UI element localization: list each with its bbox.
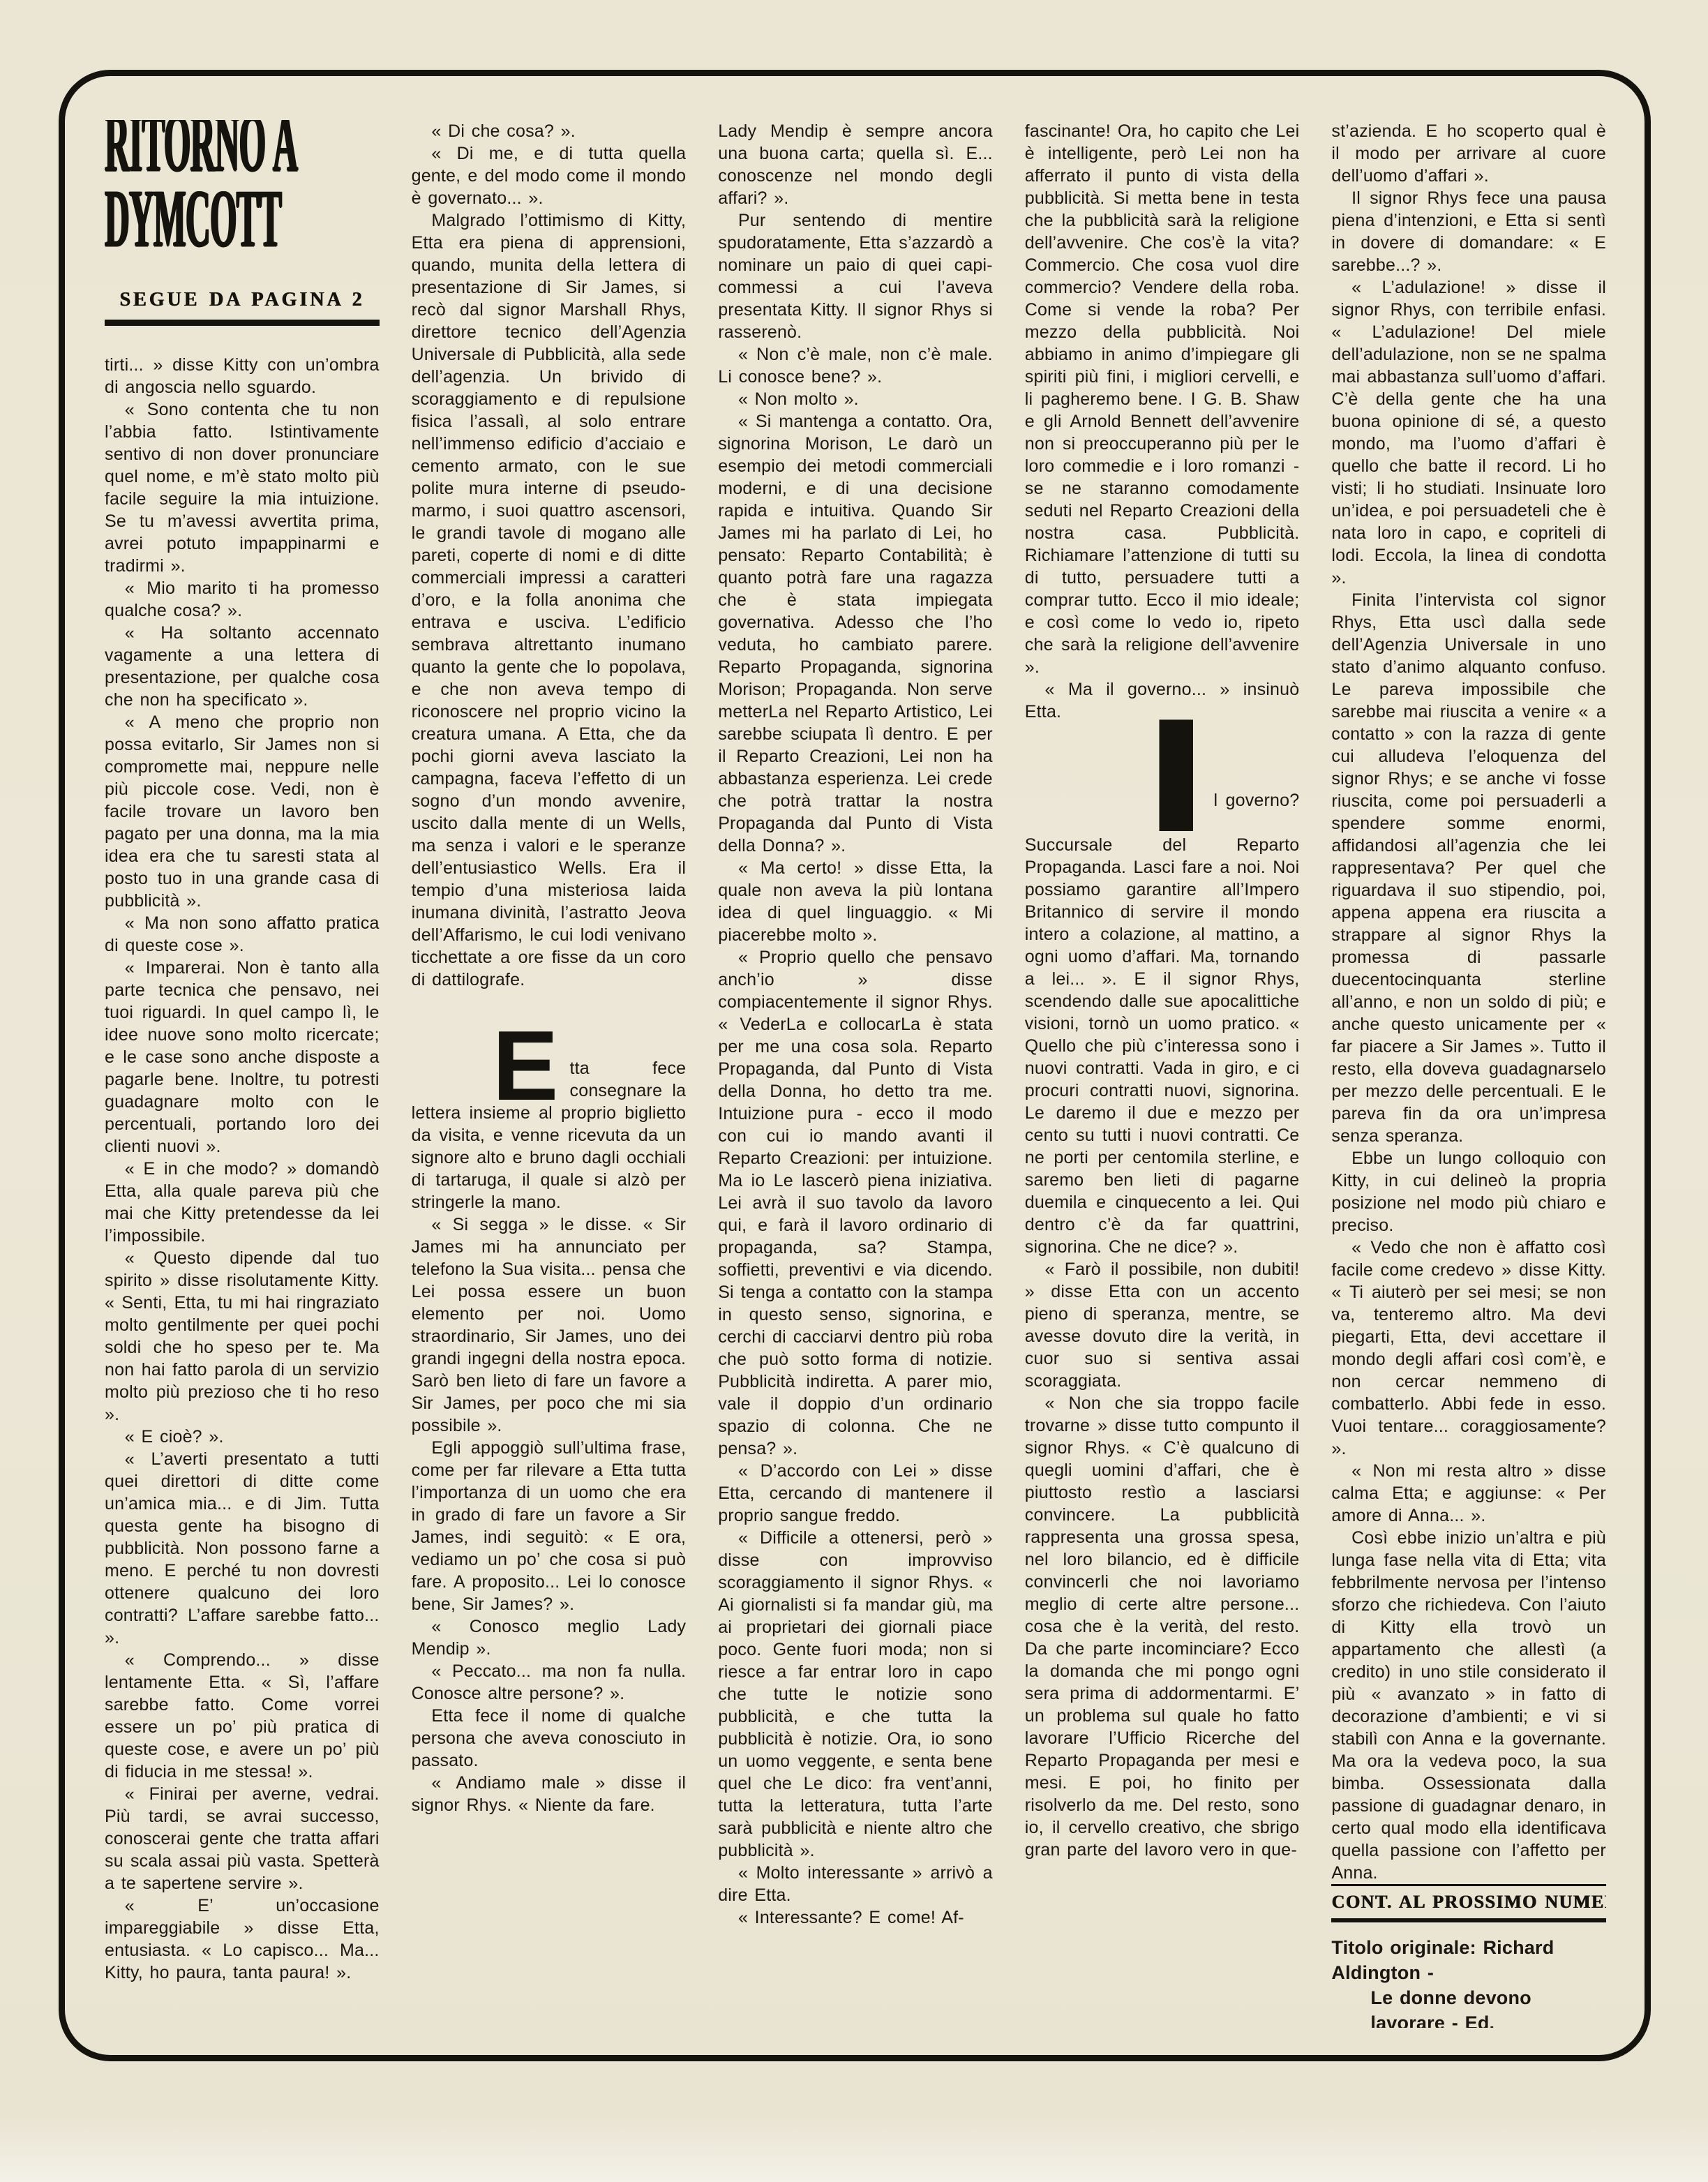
paragraph: Il governo? Succursale del Reparto Propa… (1025, 789, 1300, 1258)
original-title-credit: Titolo originale: Richard Aldington -Le … (1331, 1935, 1606, 2028)
paragraph: « Farò il possibile, non dubiti! » disse… (1025, 1258, 1300, 1392)
paragraph: « E in che modo? » domandò Etta, alla qu… (105, 1158, 380, 1247)
text-column-5: st’azienda. E ho scoperto qual è il modo… (1331, 120, 1606, 2028)
magazine-page: { "title": { "line1": "RITORNO A", "line… (0, 0, 1708, 2182)
paragraph: « Si segga » le disse. « Sir James mi ha… (412, 1213, 687, 1437)
article-title-line2: DYMCOTT (105, 200, 310, 334)
paragraph: « Mio marito ti ha promesso qualche cosa… (105, 577, 380, 622)
paragraph: « Si mantenga a contatto. Ora, signorina… (718, 410, 993, 857)
paragraph: « Non c’è male, non c’è male. Li conosce… (718, 343, 993, 388)
column-paragraphs: st’azienda. E ho scoperto qual è il modo… (1331, 120, 1606, 1884)
article-title: RITORNO A DYMCOTT (105, 124, 380, 275)
credit-line: Le donne devono lavorare - Ed. (1331, 1985, 1606, 2028)
drop-cap-i: I (1144, 789, 1189, 834)
paragraph: Egli appoggiò sull’ultima frase, come pe… (412, 1437, 687, 1615)
paragraph: Etta fece il nome di qualche persona che… (412, 1705, 687, 1772)
column-paragraphs: tirti... » disse Kitty con un’ombra di a… (105, 354, 380, 1984)
paragraph: « Sono contenta che tu non l’abbia fatto… (105, 398, 380, 577)
paragraph: « Di me, e di tutta quella gente, e del … (412, 142, 687, 209)
text-column-3: Lady Mendip è sempre ancora una buona ca… (718, 120, 993, 2028)
article-footer: CONT. AL PROSSIMO NUMERO Titolo original… (1331, 1884, 1606, 2028)
masthead: RITORNO A DYMCOTT SEGUE DA PAGINA 2 (105, 124, 380, 326)
drop-cap-e: E (493, 1057, 559, 1102)
continued-next-label: CONT. AL PROSSIMO NUMERO (1331, 1891, 1606, 1922)
paragraph: « Imparerai. Non è tanto alla parte tecn… (105, 957, 380, 1158)
paragraph: « E cioè? ». (105, 1426, 380, 1448)
text-column-4: fascinante! Ora, ho capito che Lei è int… (1025, 120, 1300, 2028)
paragraph: « Non molto ». (718, 388, 993, 410)
column-paragraphs: Lady Mendip è sempre ancora una buona ca… (718, 120, 993, 1929)
column-paragraphs: fascinante! Ora, ho capito che Lei è int… (1025, 120, 1300, 1861)
paragraph: « Andiamo male » disse il signor Rhys. «… (412, 1772, 687, 1816)
text-column-2: « Di che cosa? ».« Di me, e di tutta que… (412, 120, 687, 2028)
paragraph: « Non che sia troppo facile trovarne » d… (1025, 1392, 1300, 1861)
paragraph: « Ma non sono affatto pratica di queste … (105, 912, 380, 957)
paragraph: Finita l’intervista col signor Rhys, Ett… (1331, 589, 1606, 1147)
paragraph: « Ha soltanto accennato vagamente a una … (105, 622, 380, 711)
paragraph: « Interessante? E come! Af- (718, 1906, 993, 1929)
paragraph: Il signor Rhys fece una pausa piena d’in… (1331, 187, 1606, 276)
paragraph: « Comprendo... » disse lentamente Etta. … (105, 1649, 380, 1783)
paragraph: « Di che cosa? ». (412, 120, 687, 142)
paragraph: st’azienda. E ho scoperto qual è il modo… (1331, 120, 1606, 187)
paragraph: « Difficile a ottenersi, però » disse co… (718, 1527, 993, 1862)
paragraph: « Proprio quello che pensavo anch’io » d… (718, 946, 993, 1460)
paragraph: « Molto interessante » arrivò a dire Ett… (718, 1862, 993, 1906)
continued-next-rule: CONT. AL PROSSIMO NUMERO (1331, 1884, 1606, 1922)
paragraph: « L’averti presentato a tutti quei diret… (105, 1448, 380, 1649)
paragraph: « Peccato... ma non fa nulla. Conosce al… (412, 1660, 687, 1705)
paragraph: Ebbe un lungo colloquio con Kitty, in cu… (1331, 1147, 1606, 1236)
paragraph: Pur sentendo di mentire spudoratamente, … (718, 209, 993, 343)
article-body: RITORNO A DYMCOTT SEGUE DA PAGINA 2 tirt… (105, 120, 1606, 2028)
paragraph: « A meno che proprio non possa evitarlo,… (105, 711, 380, 912)
paragraph: « D’accordo con Lei » disse Etta, cercan… (718, 1460, 993, 1527)
column-paragraphs: « Di che cosa? ».« Di me, e di tutta que… (412, 120, 687, 1816)
paragraph: « Conosco meglio Lady Mendip ». (412, 1615, 687, 1660)
paragraph: fascinante! Ora, ho capito che Lei è int… (1025, 120, 1300, 678)
paragraph: Lady Mendip è sempre ancora una buona ca… (718, 120, 993, 209)
paragraph: « Ma certo! » disse Etta, la quale non a… (718, 857, 993, 946)
paragraph: « Finirai per averne, vedrai. Più tardi,… (105, 1783, 380, 1895)
credit-line: Titolo originale: Richard Aldington - (1331, 1935, 1606, 1985)
paragraph: Malgrado l’ottimismo di Kitty, Etta era … (412, 209, 687, 991)
paragraph: « Questo dipende dal tuo spirito » disse… (105, 1247, 380, 1426)
paragraph: « E’ un’occasione impareggiabile » disse… (105, 1895, 380, 1984)
text-column-1: RITORNO A DYMCOTT SEGUE DA PAGINA 2 tirt… (105, 120, 380, 2028)
paragraph: « L’adulazione! » disse il signor Rhys, … (1331, 276, 1606, 589)
paragraph: Etta fece consegnare la lettera insieme … (412, 1057, 687, 1213)
paragraph: « Non mi resta altro » disse calma Etta;… (1331, 1460, 1606, 1527)
paragraph: « Vedo che non è affatto così facile com… (1331, 1236, 1606, 1460)
paper-background: RITORNO A DYMCOTT SEGUE DA PAGINA 2 tirt… (0, 0, 1708, 2182)
paragraph: tirti... » disse Kitty con un’ombra di a… (105, 354, 380, 398)
paragraph: Così ebbe inizio un’altra e più lunga fa… (1331, 1527, 1606, 1884)
